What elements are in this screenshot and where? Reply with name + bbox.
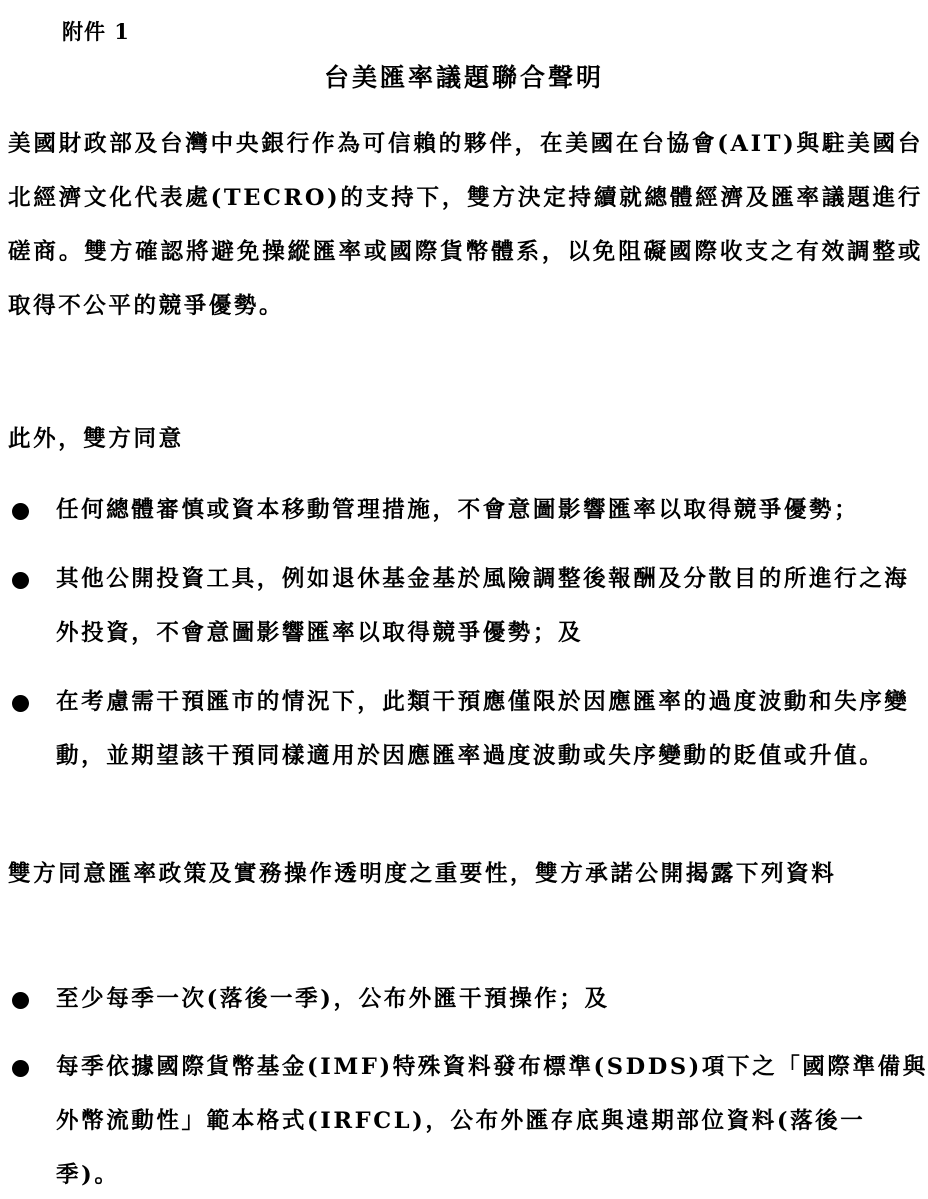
agreement-bullet-item: 其他公開投資工具，例如退休基金基於風險調整後報酬及分散目的所進行之海外投資，不會… xyxy=(8,552,928,660)
bullet-text: 至少每季一次(落後一季)，公布外匯干預操作；及 xyxy=(56,972,928,1026)
bullet-dot-icon xyxy=(12,992,29,1009)
agreement-bullet-item: 任何總體審慎或資本移動管理措施，不會意圖影響匯率以取得競爭優勢； xyxy=(8,483,928,537)
agreement-intro: 此外，雙方同意 xyxy=(8,412,923,466)
disclosure-bullet-item: 至少每季一次(落後一季)，公布外匯干預操作；及 xyxy=(8,972,928,1026)
bullet-text: 任何總體審慎或資本移動管理措施，不會意圖影響匯率以取得競爭優勢； xyxy=(56,483,928,537)
bullet-dot-icon xyxy=(12,695,29,712)
bullet-text: 其他公開投資工具，例如退休基金基於風險調整後報酬及分散目的所進行之海外投資，不會… xyxy=(56,552,928,660)
bullet-dot-icon xyxy=(12,572,29,589)
bullet-dot-icon xyxy=(12,1060,29,1077)
intro-paragraph: 美國財政部及台灣中央銀行作為可信賴的夥伴，在美國在台協會(AIT)與駐美國台北經… xyxy=(8,117,923,333)
document-title: 台美匯率議題聯合聲明 xyxy=(0,58,928,94)
document-page: 附件 1 台美匯率議題聯合聲明 美國財政部及台灣中央銀行作為可信賴的夥伴，在美國… xyxy=(0,0,928,1199)
bullet-dot-icon xyxy=(12,503,29,520)
transparency-paragraph: 雙方同意匯率政策及實務操作透明度之重要性，雙方承諾公開揭露下列資料 xyxy=(8,847,923,901)
bullet-text: 每季依據國際貨幣基金(IMF)特殊資料發布標準(SDDS)項下之「國際準備與外幣… xyxy=(56,1040,928,1199)
disclosure-bullet-item: 每季依據國際貨幣基金(IMF)特殊資料發布標準(SDDS)項下之「國際準備與外幣… xyxy=(8,1040,928,1199)
annex-label: 附件 1 xyxy=(62,16,130,46)
agreement-bullet-item: 在考慮需干預匯市的情況下，此類干預應僅限於因應匯率的過度波動和失序變動，並期望該… xyxy=(8,675,928,783)
bullet-text: 在考慮需干預匯市的情況下，此類干預應僅限於因應匯率的過度波動和失序變動，並期望該… xyxy=(56,675,928,783)
